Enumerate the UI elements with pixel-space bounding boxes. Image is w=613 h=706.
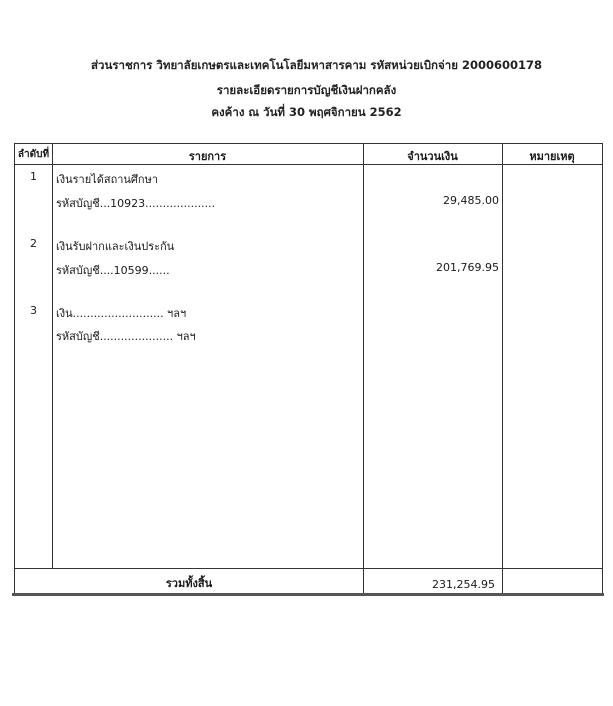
row-amount: 201,769.95: [363, 261, 499, 274]
row-code: รหัสบัญชี...10923....................: [56, 194, 215, 212]
row-no: 3: [15, 304, 52, 317]
table-bottom-border: [12, 593, 604, 596]
col-divider: [363, 144, 364, 594]
row-no: 2: [15, 237, 52, 250]
col-header-note: หมายเหตุ: [502, 147, 602, 165]
total-amount: 231,254.95: [363, 578, 495, 591]
row-item: เงิน.......................... ฯลฯ: [56, 304, 186, 322]
account-table: ลำดับที่ รายการ จำนวนเงิน หมายเหตุ 1 เงิ…: [14, 143, 603, 595]
total-divider: [15, 568, 602, 569]
col-divider: [52, 144, 53, 568]
col-header-no: ลำดับที่: [15, 147, 52, 162]
row-amount: 29,485.00: [363, 194, 499, 207]
row-item: เงินรายได้สถานศึกษา: [56, 170, 158, 188]
row-no: 1: [15, 170, 52, 183]
header-title: รายละเอียดรายการบัญชีเงินฝากคลัง: [0, 82, 613, 100]
header-date: คงค้าง ณ วันที่ 30 พฤศจิกายน 2562: [0, 104, 613, 122]
row-item: เงินรับฝากและเงินประกัน: [56, 237, 174, 255]
col-header-item: รายการ: [52, 147, 363, 165]
col-header-amount: จำนวนเงิน: [363, 147, 502, 165]
row-code: รหัสบัญชี....10599......: [56, 261, 170, 279]
col-divider: [502, 144, 503, 594]
header-agency-line: ส่วนราชการ วิทยาลัยเกษตรและเทคโนโลยีมหาส…: [10, 57, 613, 75]
total-label: รวมทั้งสิ้น: [15, 574, 363, 592]
row-code: รหัสบัญชี..................... ฯลฯ: [56, 327, 196, 345]
